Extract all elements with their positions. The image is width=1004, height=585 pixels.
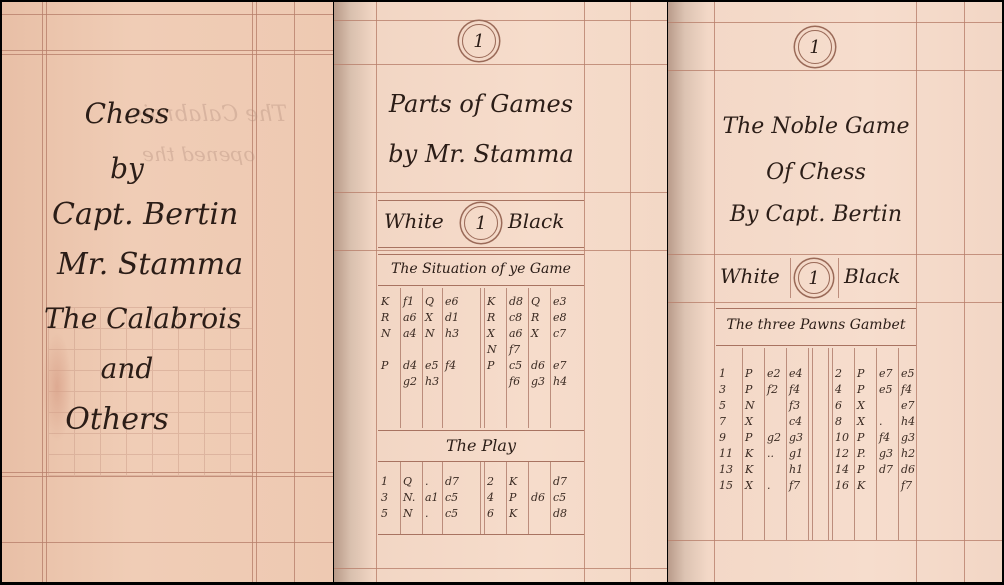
rule-line [42, 2, 43, 582]
situation-heading-band: The Situation of ye Game [378, 254, 584, 286]
rule-line [334, 20, 667, 21]
play-black-grid: 2Kd7 4Pd6c5 6Kd8 [484, 474, 584, 522]
rule-line [2, 54, 333, 55]
page-title-line: Of Chess [716, 160, 916, 185]
black-moves-grid: 2Pe7e5 4Pe5f4 6Xe7 8X.h4 10Pf4g3 12P.g3h… [832, 366, 920, 494]
title-line: Chess [2, 97, 252, 130]
rule-line [584, 2, 585, 582]
title-line: by [2, 152, 252, 185]
situation-table: Kf1Qe6 Ra6Xd1 Na4Nh3 Pd4e5f4 g2h3 Kd8Qe3… [378, 288, 584, 428]
rule-line [2, 50, 333, 51]
rule-line [46, 2, 47, 582]
white-label: White [384, 209, 444, 233]
moves-table: 1Pe2e4 3Pf2f4 5Nf3 7Xc4 9Pg2g3 11K..g1 1… [716, 348, 916, 540]
white-moves-grid: 1Pe2e4 3Pf2f4 5Nf3 7Xc4 9Pg2g3 11K..g1 1… [716, 366, 808, 494]
section-heading: The three Pawns Gambet [716, 317, 916, 333]
rule-line [668, 22, 1002, 23]
black-label: Black [844, 264, 900, 288]
rule-line [2, 14, 333, 15]
rule-line [334, 568, 667, 569]
left-title-page: The Calabrois opened the Chess by Capt. … [2, 2, 333, 582]
play-heading-band: The Play [378, 430, 584, 462]
page-title-line: The Noble Game [716, 114, 916, 139]
rule-line [294, 2, 295, 582]
page-title-line: by Mr. Stamma [378, 140, 584, 168]
right-page-bertin: 1 The Noble Game Of Chess By Capt. Berti… [668, 2, 1002, 582]
rule-line [256, 2, 257, 582]
page-number-badge: 1 [462, 24, 496, 58]
page-title-line: By Capt. Bertin [716, 202, 916, 227]
rule-line [252, 2, 253, 582]
title-line: and [2, 352, 252, 385]
section-heading: The Situation of ye Game [378, 261, 584, 277]
situation-white-grid: Kf1Qe6 Ra6Xd1 Na4Nh3 Pd4e5f4 g2h3 [378, 294, 478, 390]
middle-page-stamma: 1 Parts of Games by Mr. Stamma White 1 B… [334, 2, 667, 582]
game-number-badge: 1 [798, 262, 830, 294]
rule-line [334, 250, 667, 251]
rule-line [376, 2, 377, 582]
rule-line [668, 540, 1002, 541]
play-table: 1Q.d7 3N.a1c5 5N.c5 2Kd7 4Pd6c5 6Kd8 [378, 462, 584, 535]
rule-line [964, 2, 965, 582]
color-header-band: White 1 Black [716, 258, 916, 298]
title-line: Mr. Stamma [57, 247, 243, 282]
rule-line [668, 254, 1002, 255]
color-header-band: White 1 Black [378, 200, 584, 248]
white-label: White [720, 264, 780, 288]
rule-line [916, 2, 917, 582]
title-line: The Calabrois [44, 302, 241, 335]
situation-black-grid: Kd8Qe3 Rc8Re8 Xa6Xc7 Nf7 Pc5d6e7 f6g3h4 [484, 294, 584, 390]
title-line: Others [2, 402, 232, 437]
rule-line [714, 2, 715, 582]
rule-line [668, 302, 1002, 303]
game-number-badge: 1 [464, 206, 498, 240]
page-title-line: Parts of Games [378, 90, 584, 118]
black-label: Black [508, 209, 564, 233]
title-line: Capt. Bertin [52, 197, 238, 232]
rule-line [334, 192, 667, 193]
rule-line [630, 2, 631, 582]
rule-line [2, 542, 333, 543]
play-white-grid: 1Q.d7 3N.a1c5 5N.c5 [378, 474, 478, 522]
rule-line [334, 64, 667, 65]
opening-heading-band: The three Pawns Gambet [716, 308, 916, 346]
rule-line [668, 70, 1002, 71]
section-heading: The Play [378, 436, 584, 455]
page-number-badge: 1 [798, 30, 832, 64]
